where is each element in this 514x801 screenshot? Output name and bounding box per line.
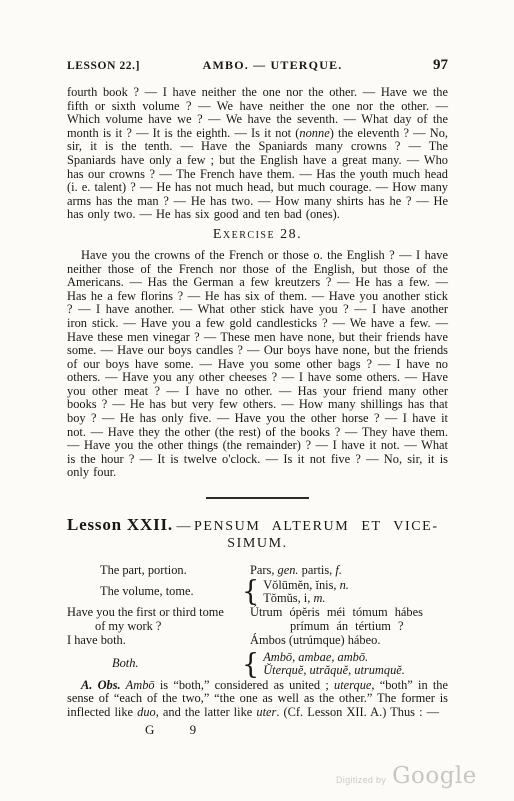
latin-gender-m: m.: [313, 591, 325, 605]
vocab-english: Have you the first or third tome of my w…: [67, 606, 250, 633]
running-title: AMBO. — UTERQUE.: [203, 58, 343, 73]
digitization-watermark: Digitized by Google: [336, 763, 477, 789]
section-divider-rule: [206, 497, 309, 499]
vocab-row-volume: The volume, tome. { Vŏlūmĕn, ĭnis, n. Tŏ…: [67, 578, 448, 605]
latin-variant-lines: Vŏlūmĕn, ĭnis, n. Tŏmŭs, i, m.: [263, 579, 349, 606]
latin-line: prímum án tértium ?: [250, 620, 448, 633]
obs-italic-uterque: uterque: [334, 678, 371, 692]
vocab-row-question: Have you the first or third tome of my w…: [67, 606, 448, 633]
latin-gender-n: n.: [340, 578, 349, 592]
latin-line: Útrum ópĕris méi tómum hábes: [250, 606, 448, 619]
latin-gender-f: f.: [335, 563, 342, 577]
page-number: 97: [433, 57, 448, 74]
vocab-table: The part, portion. Pars, gen. partis, f.…: [67, 564, 448, 678]
latin-text: Vŏlūmĕn, ĭnis,: [263, 578, 339, 592]
vocab-english: The volume, tome.: [67, 585, 250, 598]
lesson-heading-line2: SIMUM.: [67, 536, 448, 552]
latin-line: Ŭterquĕ, utrăquĕ, utrumquĕ.: [263, 664, 405, 677]
obs-text: . (Cf. Lesson XII. A.) Thus : —: [276, 705, 439, 719]
lesson-heading: Lesson XXII. — PENSUM ALTERUM ET VICE- S…: [67, 515, 448, 552]
latin-text: partis,: [299, 563, 336, 577]
printer-signature-number: 9: [190, 722, 197, 738]
google-logo: Google: [392, 763, 477, 789]
vocab-row-both: Both. { Ambō, ambae, ambō. Ŭterquĕ, utră…: [67, 651, 448, 678]
vocab-latin: Útrum ópĕris méi tómum hábes prímum án t…: [250, 606, 448, 633]
obs-italic-duo: duo: [137, 705, 156, 719]
intro-text-part2: ) the eleventh ? — No, sir, it is the te…: [67, 126, 448, 222]
vocab-english: The part, portion.: [67, 564, 250, 577]
english-line: of my work ?: [67, 620, 250, 633]
latin-line: Vŏlūmĕn, ĭnis, n.: [263, 579, 349, 592]
vocab-latin: Ámbos (utrúmque) hábeo.: [250, 634, 448, 647]
lesson-heading-dash: —: [173, 519, 194, 534]
book-page-scan: LESSON 22.] AMBO. — UTERQUE. 97 fourth b…: [0, 0, 514, 801]
lesson-heading-latin: PENSUM ALTERUM ET VICE-: [194, 519, 439, 534]
obs-italic-ambo: Ambō: [121, 678, 155, 692]
digitized-by-label: Digitized by: [336, 775, 386, 785]
intro-italic-nonne: nonne: [299, 126, 329, 140]
vocab-english: Both.: [67, 657, 250, 670]
intro-paragraph: fourth book ? — I have neither the one n…: [67, 86, 448, 222]
lesson-heading-lead: Lesson XXII.: [67, 515, 173, 534]
vocab-latin: { Vŏlūmĕn, ĭnis, n. Tŏmŭs, i, m.: [250, 578, 448, 605]
page-header: LESSON 22.] AMBO. — UTERQUE. 97: [67, 57, 448, 74]
exercise-paragraph: Have you the crowns of the French or tho…: [67, 249, 448, 480]
latin-abbrev-gen: gen.: [278, 563, 299, 577]
obs-italic-uter: uter: [256, 705, 276, 719]
brace-glyph: {: [242, 650, 259, 678]
exercise-heading: Exercise 28.: [67, 227, 448, 243]
latin-line: Ambō, ambae, ambō.: [263, 651, 405, 664]
vocab-english: I have both.: [67, 634, 250, 647]
vocab-row-answer: I have both. Ámbos (utrúmque) hábeo.: [67, 634, 448, 647]
obs-paragraph: A. Obs. Ambō is “both,” considered as un…: [67, 679, 448, 720]
lesson-number-label: LESSON 22.]: [67, 60, 140, 72]
lesson-heading-line1: Lesson XXII. — PENSUM ALTERUM ET VICE-: [67, 515, 448, 535]
obs-text: , and the latter like: [156, 705, 257, 719]
latin-text: Tŏmŭs, i,: [263, 591, 313, 605]
obs-label: A. Obs.: [81, 678, 121, 692]
english-line: Have you the first or third tome: [67, 606, 250, 619]
brace-glyph: {: [242, 578, 259, 606]
latin-line: Tŏmŭs, i, m.: [263, 592, 349, 605]
vocab-latin: { Ambō, ambae, ambō. Ŭterquĕ, utrăquĕ, u…: [250, 651, 448, 678]
printer-signature-letter: G: [145, 722, 154, 738]
printer-signature-row: G 9: [67, 722, 448, 738]
latin-variant-lines: Ambō, ambae, ambō. Ŭterquĕ, utrăquĕ, utr…: [263, 651, 405, 678]
vocab-latin: Pars, gen. partis, f.: [250, 564, 448, 577]
